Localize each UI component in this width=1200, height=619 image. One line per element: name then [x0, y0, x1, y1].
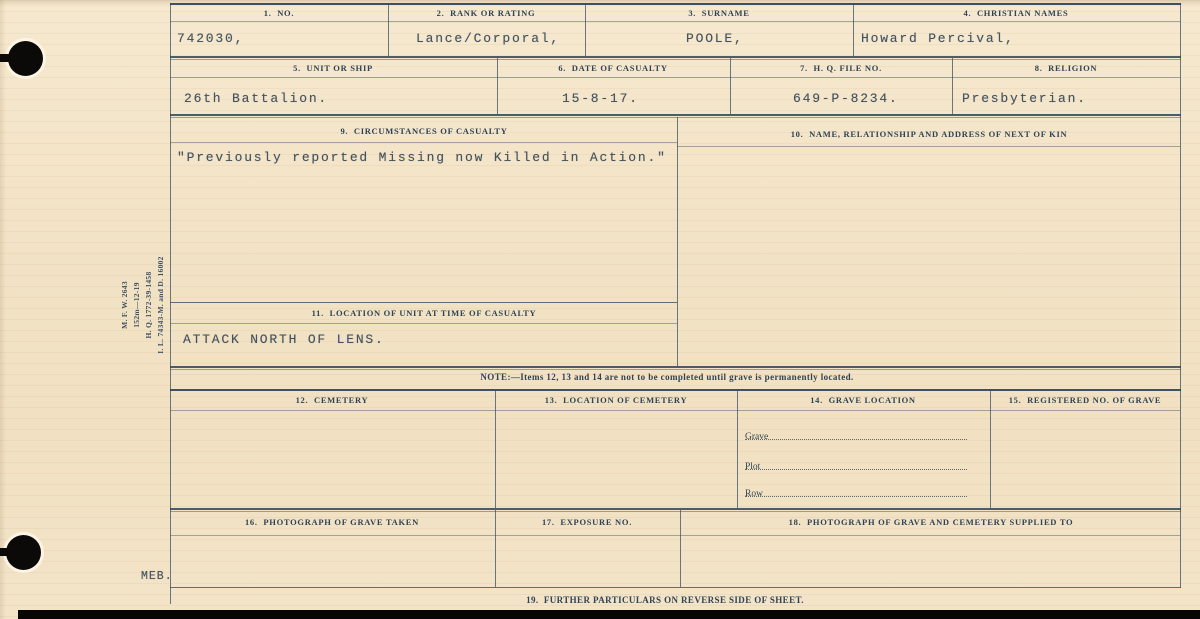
form-number-stamp: M. F. W. 2643 152m—12-19 H. Q. 1772-39-1… [119, 240, 167, 370]
field-no-value: 742030, [177, 31, 244, 46]
divider [388, 3, 389, 56]
note-items-12-14: NOTE:—Items 12, 13 and 14 are not to be … [480, 372, 853, 382]
field-circumstances-label: 9. CIRCUMSTANCES OF CASUALTY [340, 126, 507, 136]
rule [170, 302, 677, 303]
punch-slit-top [0, 54, 14, 62]
clerk-initials: MEB. [141, 570, 173, 583]
grave-line: Grave [745, 432, 973, 442]
rule [170, 323, 677, 324]
plot-line-label: Plot [745, 462, 762, 472]
row-line-label: Row [745, 489, 765, 499]
stamp-line: M. F. W. 2643 [119, 240, 131, 370]
field-exposure-label: 17. EXPOSURE NO. [542, 517, 632, 527]
dotted-leader [745, 439, 967, 440]
divider [952, 58, 953, 114]
rule [170, 587, 1181, 588]
rule [170, 389, 1181, 391]
scan-edge-strip [18, 610, 1200, 619]
field-rank-value: Lance/Corporal, [416, 31, 560, 46]
field-rank-label: 2. RANK OR RATING [437, 8, 536, 18]
field-next-of-kin-label: 10. NAME, RELATIONSHIP AND ADDRESS OF NE… [791, 129, 1068, 139]
field-unit-value: 26th Battalion. [184, 91, 328, 106]
rule [170, 535, 1180, 536]
punch-slit-bottom [0, 548, 12, 556]
field-cemetery-label: 12. CEMETERY [296, 395, 369, 405]
rule [170, 3, 1181, 5]
rule [170, 114, 1181, 118]
divider [585, 3, 586, 56]
field-religion-label: 8. RELIGION [1035, 63, 1097, 73]
field-no-label: 1. NO. [264, 8, 294, 18]
rule [170, 77, 1180, 78]
field-surname-label: 3. SURNAME [688, 8, 749, 18]
stamp-line: I. L. 74343-M. and D. 16002 [155, 240, 167, 370]
rule [170, 508, 1181, 512]
field-photo-taken-label: 16. PHOTOGRAPH OF GRAVE TAKEN [245, 517, 419, 527]
register-card: M. F. W. 2643 152m—12-19 H. Q. 1772-39-1… [0, 0, 1200, 619]
rule [170, 21, 1180, 22]
field-photo-supplied-label: 18. PHOTOGRAPH OF GRAVE AND CEMETERY SUP… [789, 517, 1074, 527]
divider [680, 510, 681, 587]
field-hq-file-label: 7. H. Q. FILE NO. [800, 63, 882, 73]
field-cemetery-loc-label: 13. LOCATION OF CEMETERY [545, 395, 688, 405]
rule [677, 146, 1180, 147]
divider [737, 391, 738, 508]
field-christian-names-label: 4. CHRISTIAN NAMES [964, 8, 1069, 18]
dotted-leader [745, 496, 967, 497]
rule [170, 56, 1181, 60]
field-religion-value: Presbyterian. [962, 91, 1087, 106]
grave-line-label: Grave [745, 432, 770, 442]
field-unit-label: 5. UNIT OR SHIP [293, 63, 373, 73]
field-hq-file-value: 649-P-8234. [793, 91, 899, 106]
field-circumstances-value: "Previously reported Missing now Killed … [177, 150, 667, 165]
divider [495, 510, 496, 587]
stamp-line: 152m—12-19 [131, 240, 143, 370]
form-right-border [1180, 3, 1181, 588]
form-left-border [170, 3, 171, 604]
field-grave-loc-label: 14. GRAVE LOCATION [810, 395, 916, 405]
rule [170, 366, 1181, 370]
plot-line: Plot [745, 462, 973, 472]
divider [853, 3, 854, 56]
row-line: Row [745, 489, 973, 499]
rule [170, 142, 677, 143]
divider [495, 391, 496, 508]
field-surname-value: POOLE, [686, 31, 744, 46]
field-christian-names-value: Howard Percival, [861, 31, 1015, 46]
field-date-value: 15-8-17. [562, 91, 639, 106]
rule [170, 410, 1180, 411]
divider [677, 117, 678, 366]
stamp-line: H. Q. 1772-39-1458 [143, 240, 155, 370]
field-date-label: 6. DATE OF CASUALTY [558, 63, 667, 73]
divider [990, 391, 991, 508]
field-location-unit-value: ATTACK NORTH OF LENS. [183, 332, 385, 347]
divider [730, 58, 731, 114]
field-registered-no-label: 15. REGISTERED NO. OF GRAVE [1009, 395, 1162, 405]
field-location-unit-label: 11. LOCATION OF UNIT AT TIME OF CASUALTY [312, 308, 537, 318]
dotted-leader [745, 469, 967, 470]
footer-item-19: 19. FURTHER PARTICULARS ON REVERSE SIDE … [526, 595, 804, 605]
divider [497, 58, 498, 114]
